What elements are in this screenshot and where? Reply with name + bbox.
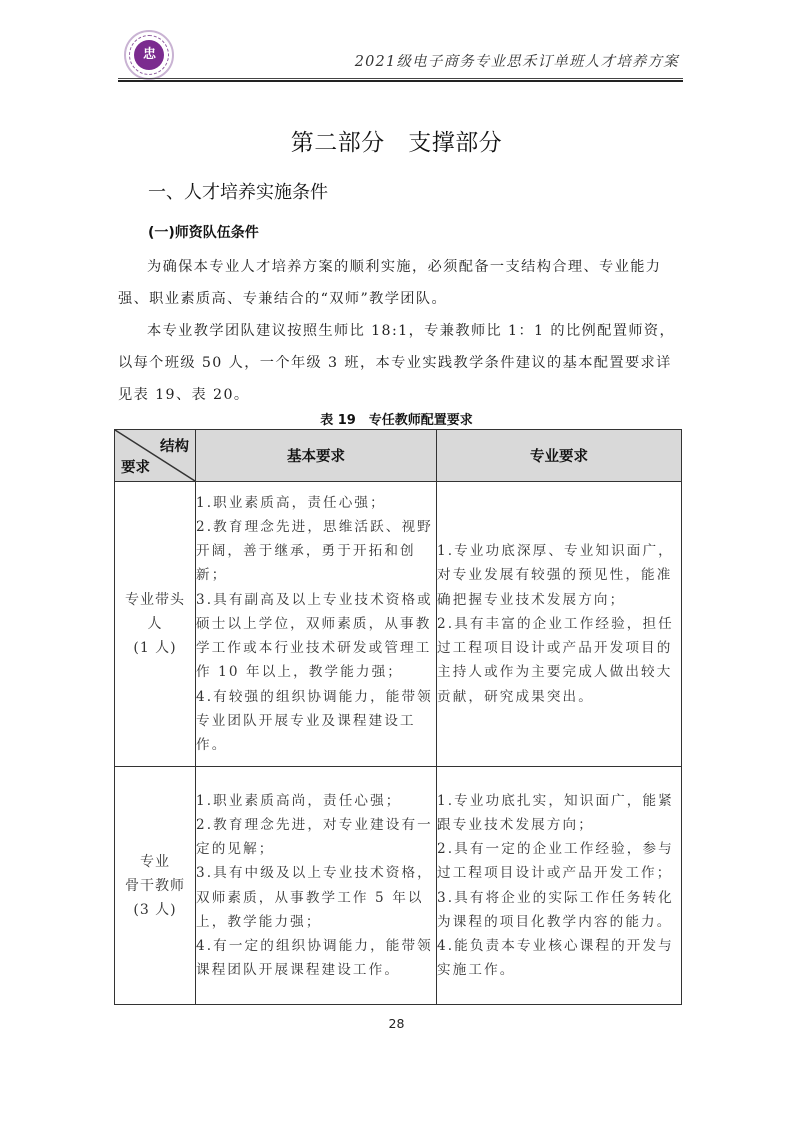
basic-requirements-cell: 1.职业素质高尚，责任心强； 2.教育理念先进，对专业建设有一定的见解； 3.具… xyxy=(196,767,437,1005)
list-item: 1.职业素质高，责任心强； xyxy=(196,491,436,515)
subsection-title: (一)师资队伍条件 xyxy=(148,222,259,242)
document-header-title: 2021级电子商务专业思禾订单班人才培养方案 xyxy=(355,50,679,71)
list-item: 1.专业功底深厚、专业知识面广，对专业发展有较强的预见性，能准确把握专业技术发展… xyxy=(437,539,681,612)
list-item: 3.具有副高及以上专业技术资格或硕士以上学位，双师素质，从事教学工作或本行业技术… xyxy=(196,588,436,685)
list-item: 2.教育理念先进，思维活跃、视野开阔，善于继承，勇于开拓和创新； xyxy=(196,515,436,588)
role-count: (3 人) xyxy=(115,898,195,922)
column-header-basic: 基本要求 xyxy=(196,430,437,482)
corner-label-structure: 结构 xyxy=(160,435,189,456)
list-item: 1.职业素质高尚，责任心强； xyxy=(196,789,436,813)
paragraph: 为确保本专业人才培养方案的顺利实施，必须配备一支结构合理、专业能力强、职业素质高… xyxy=(118,251,683,315)
corner-label-requirement: 要求 xyxy=(121,456,150,477)
role-label: 人 xyxy=(115,612,195,636)
professional-requirements-cell: 1.专业功底扎实，知识面广，能紧跟专业技术发展方向； 2.具有一定的企业工作经验… xyxy=(437,767,682,1005)
paragraph: 本专业教学团队建议按照生师比 18:1，专兼教师比 1：1 的比例配置师资，以每… xyxy=(118,315,683,411)
list-item: 2.具有丰富的企业工作经验，担任过工程项目设计或产品开发项目的主持人或作为主要完… xyxy=(437,612,681,709)
list-item: 2.教育理念先进，对专业建设有一定的见解； xyxy=(196,813,436,861)
list-item: 3.具有将企业的实际工作任务转化为课程的项目化教学内容的能力。 xyxy=(437,886,681,934)
list-item: 4.能负责本专业核心课程的开发与实施工作。 xyxy=(437,934,681,982)
role-label: 专业 xyxy=(115,850,195,874)
role-label: 骨干教师 xyxy=(115,874,195,898)
table-row: 专业 骨干教师 (3 人) 1.职业素质高尚，责任心强； 2.教育理念先进，对专… xyxy=(115,767,682,1005)
teacher-requirements-table: 结构 要求 基本要求 专业要求 专业带头 人 (1 人) 1.职业素质高，责任心… xyxy=(114,429,682,1005)
professional-requirements-cell: 1.专业功底深厚、专业知识面广，对专业发展有较强的预见性，能准确把握专业技术发展… xyxy=(437,482,682,767)
role-label: 专业带头 xyxy=(115,588,195,612)
school-logo-icon: 忠 xyxy=(124,30,174,80)
table-row: 专业带头 人 (1 人) 1.职业素质高，责任心强； 2.教育理念先进，思维活跃… xyxy=(115,482,682,767)
page-number: 28 xyxy=(0,1016,793,1031)
table-header-row: 结构 要求 基本要求 专业要求 xyxy=(115,430,682,482)
header-divider xyxy=(118,78,683,82)
list-item: 4.有一定的组织协调能力，能带领课程团队开展课程建设工作。 xyxy=(196,934,436,982)
logo-mark: 忠 xyxy=(134,40,164,70)
list-item: 4.有较强的组织协调能力，能带领专业团队开展专业及课程建设工作。 xyxy=(196,685,436,758)
part-title: 第二部分 支撑部分 xyxy=(0,124,793,157)
list-item: 3.具有中级及以上专业技术资格，双师素质，从事教学工作 5 年以上，教学能力强； xyxy=(196,861,436,934)
diagonal-corner-header: 结构 要求 xyxy=(115,430,196,482)
role-cell: 专业 骨干教师 (3 人) xyxy=(115,767,196,1005)
role-count: (1 人) xyxy=(115,636,195,660)
role-cell: 专业带头 人 (1 人) xyxy=(115,482,196,767)
column-header-professional: 专业要求 xyxy=(437,430,682,482)
table-caption: 表 19 专任教师配置要求 xyxy=(0,409,793,428)
basic-requirements-cell: 1.职业素质高，责任心强； 2.教育理念先进，思维活跃、视野开阔，善于继承，勇于… xyxy=(196,482,437,767)
list-item: 1.专业功底扎实，知识面广，能紧跟专业技术发展方向； xyxy=(437,789,681,837)
list-item: 2.具有一定的企业工作经验，参与过工程项目设计或产品开发工作； xyxy=(437,837,681,885)
section-title: 一、人才培养实施条件 xyxy=(148,178,328,204)
page-header: 忠 2021级电子商务专业思禾订单班人才培养方案 xyxy=(118,28,683,84)
